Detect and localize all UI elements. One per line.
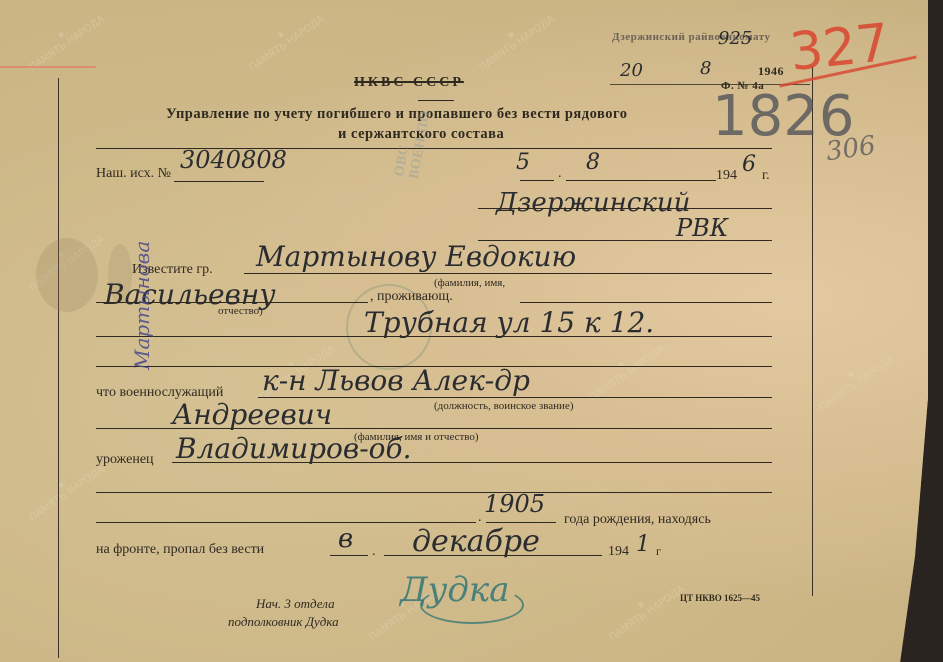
- missing-year-unit: г: [656, 544, 661, 559]
- notify-name: Мартынову Евдокию: [256, 240, 576, 273]
- soldier-rank-name: к-н Львов Алек-др: [262, 364, 530, 397]
- missing-month-prep: в: [338, 524, 353, 554]
- outgoing-month-line: [566, 180, 716, 181]
- soldier-patronymic: Андреевич: [172, 398, 332, 431]
- residing-label: , проживающ.: [370, 289, 453, 305]
- soldier-rank-line: [258, 397, 772, 398]
- birth-suffix: года рождения, находясь: [564, 512, 711, 528]
- blank-line-2: [96, 492, 772, 493]
- caption-patronymic: отчество): [218, 305, 263, 317]
- native-line: [172, 462, 772, 463]
- outgoing-year-prefix: 194: [716, 168, 737, 184]
- soldier-name-line: [96, 428, 772, 429]
- caption-rank: (должность, воинское звание): [434, 400, 574, 412]
- outgoing-year-suffix: 6: [742, 152, 756, 177]
- missing-month: декабре: [412, 524, 540, 559]
- watermark: ★ПАМЯТЬ НАРОДА: [812, 346, 896, 413]
- watermark: ★ПАМЯТЬ НАРОДА: [22, 6, 106, 73]
- agency-title: НКВС СССР: [354, 75, 464, 91]
- birth-year: 1905: [484, 490, 545, 518]
- birth-year-line: [486, 522, 556, 523]
- watermark: ★ПАМЯТЬ НАРОДА: [602, 576, 686, 643]
- stamp-date-day: 20: [620, 60, 643, 81]
- outgoing-day-line: [520, 180, 554, 181]
- native-place: Владимиров-об.: [176, 432, 412, 465]
- stamp-date-year: 1946: [758, 64, 784, 79]
- watermark: ★ПАМЯТЬ НАРОДА: [242, 6, 326, 73]
- watermark: ★ПАМЯТЬ НАРОДА: [22, 456, 106, 523]
- missing-dot: .: [372, 544, 376, 560]
- watermark: ★ПАМЯТЬ НАРОДА: [582, 336, 666, 403]
- missing-label: на фронте, пропал без вести: [96, 542, 264, 558]
- notify-name-line: [244, 273, 772, 274]
- stamp-number: 925: [718, 28, 752, 49]
- header-underline: [418, 100, 454, 101]
- missing-year-prefix: 194: [608, 544, 629, 560]
- addressee-line-1: Дзержинский: [496, 188, 690, 218]
- outgoing-number-line: [174, 181, 264, 182]
- native-label: уроженец: [96, 452, 154, 468]
- outgoing-label: Наш. исх. №: [96, 166, 171, 182]
- left-frame-line: [58, 78, 59, 658]
- residing-line: [520, 302, 772, 303]
- outgoing-number: 3040808: [180, 146, 287, 174]
- outgoing-year-unit: г.: [762, 168, 770, 184]
- signatory-title-1: Нач. 3 отдела: [256, 596, 335, 612]
- small-pencil-number: 306: [824, 131, 877, 168]
- stain: [36, 238, 98, 312]
- missing-month-line: [384, 555, 602, 556]
- addressee-rule-1: [478, 208, 772, 209]
- missing-prep-line: [330, 555, 368, 556]
- department-line-1: Управление по учету погибшего и пропавше…: [166, 106, 627, 123]
- watermark: ★ПАМЯТЬ НАРОДА: [472, 6, 556, 73]
- stamp-date-month: 8: [700, 58, 711, 79]
- date-dot: .: [558, 166, 562, 182]
- missing-year-suffix: 1: [636, 532, 650, 557]
- signatory-title-2: подполковник Дудка: [228, 614, 339, 630]
- margin-note: Мартынова: [130, 241, 154, 370]
- printer-mark: ЦТ НКВО 1625—45: [680, 593, 760, 603]
- red-margin-mark: [0, 66, 96, 68]
- signature-flourish: [420, 586, 524, 624]
- notify-address: Трубная ул 15 к 12.: [364, 306, 654, 339]
- outgoing-date-day: 5: [516, 150, 530, 175]
- outgoing-date-month: 8: [586, 150, 600, 175]
- document-page: ★ПАМЯТЬ НАРОДА ★ПАМЯТЬ НАРОДА ★ПАМЯТЬ НА…: [0, 0, 928, 662]
- addressee-line-2: РВК: [676, 214, 728, 242]
- address-line: [96, 336, 772, 337]
- caption-surname-name: (фамилия, имя,: [434, 277, 505, 289]
- birth-line-left: [96, 522, 476, 523]
